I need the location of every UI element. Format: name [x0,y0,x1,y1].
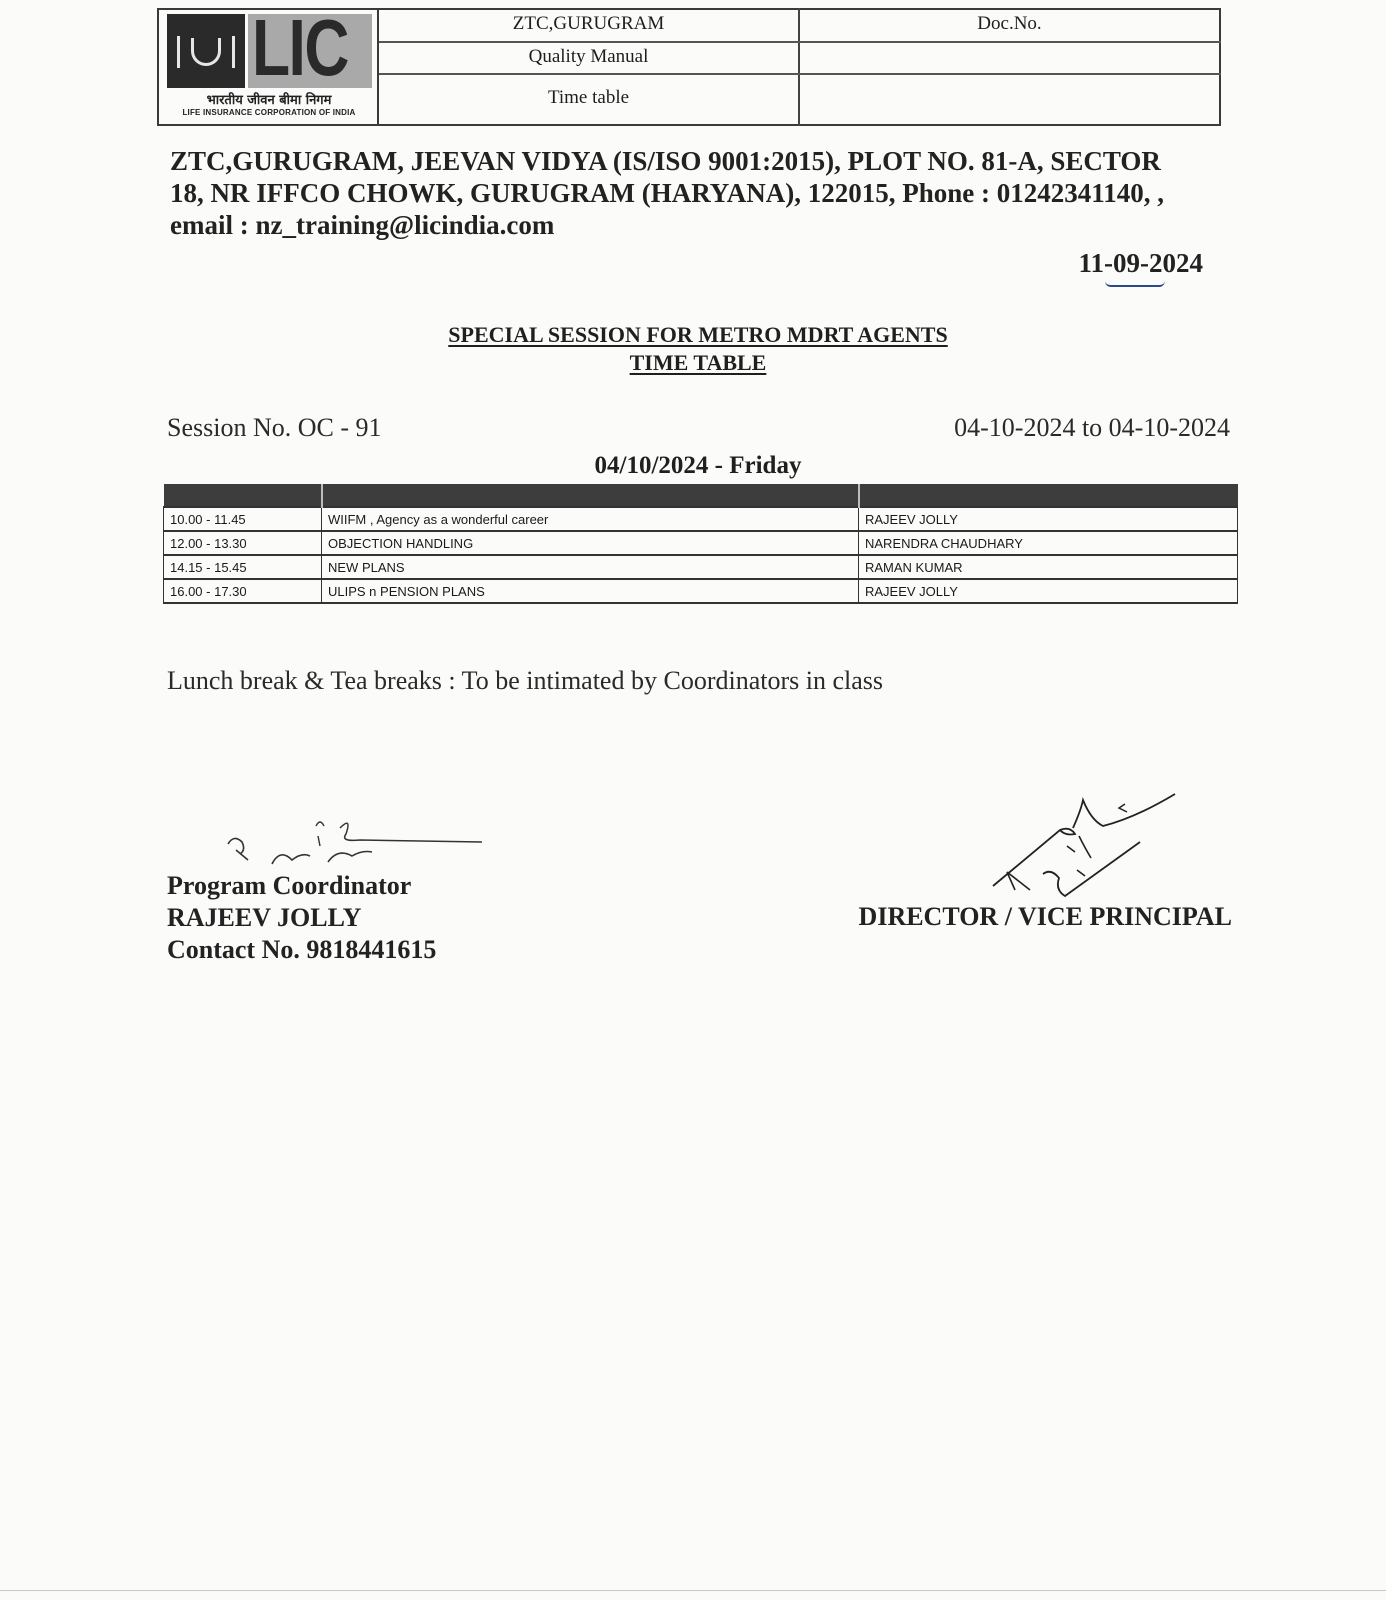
cell-topic: WIIFM , Agency as a wonderful career [322,507,859,531]
issue-date: 11-09-2024 [1000,248,1203,279]
cell-faculty: NARENDRA CHAUDHARY [859,531,1238,555]
column-header-faculty [859,484,1238,507]
cell-faculty: RAJEEV JOLLY [859,507,1238,531]
address-line-1: ZTC,GURUGRAM, JEEVAN VIDYA (IS/ISO 9001:… [170,145,1210,177]
document-title: SPECIAL SESSION FOR METRO MDRT AGENTS [300,322,1096,348]
cell-time: 14.15 - 15.45 [164,555,322,579]
cell-time: 10.00 - 11.45 [164,507,322,531]
column-header-time [164,484,322,507]
header-row-divider [379,73,1221,75]
emblem-lamp-icon [191,38,221,66]
table-row: 12.00 - 13.30 OBJECTION HANDLING NARENDR… [164,531,1238,555]
director-signature [985,790,1185,900]
cell-topic: OBJECTION HANDLING [322,531,859,555]
header-row-divider [379,41,1221,43]
day-heading: 04/10/2024 - Friday [300,452,1096,480]
header-doc-no-label: Doc.No. [800,13,1219,35]
document-subtitle: TIME TABLE [300,350,1096,376]
pen-underline-mark [1105,281,1165,287]
header-doc-type: Time table [381,87,796,109]
address-line-2: 18, NR IFFCO CHOWK, GURUGRAM (HARYANA), … [170,177,1210,209]
coordinator-name: RAJEEV JOLLY [167,902,436,934]
lic-logo-mark: LIC [252,6,346,90]
cell-time: 16.00 - 17.30 [164,579,322,603]
cell-topic: NEW PLANS [322,555,859,579]
table-row: 14.15 - 15.45 NEW PLANS RAMAN KUMAR [164,555,1238,579]
title-line-1: SPECIAL SESSION FOR METRO MDRT AGENTS [448,322,947,347]
title-line-2: TIME TABLE [630,350,767,375]
session-date-range: 04-10-2024 to 04-10-2024 [900,413,1230,443]
hands-lamp-emblem-icon [167,14,245,88]
director-role: DIRECTOR / VICE PRINCIPAL [828,902,1232,932]
cell-topic: ULIPS n PENSION PLANS [322,579,859,603]
timetable: 10.00 - 11.45 WIIFM , Agency as a wonder… [163,484,1238,604]
coordinator-block: Program Coordinator RAJEEV JOLLY Contact… [167,870,436,966]
coordinator-contact: Contact No. 9818441615 [167,934,436,966]
header-org-name: ZTC,GURUGRAM [381,13,796,35]
coordinator-signature [220,812,490,872]
header-quality-manual: Quality Manual [381,46,796,68]
scan-edge-line [0,1590,1386,1591]
session-number: Session No. OC - 91 [167,413,382,443]
timetable-header-row [164,484,1238,507]
address-block: ZTC,GURUGRAM, JEEVAN VIDYA (IS/ISO 9001:… [170,145,1210,241]
emblem-bar-left [177,36,180,68]
table-row: 10.00 - 11.45 WIIFM , Agency as a wonder… [164,507,1238,531]
cell-faculty: RAMAN KUMAR [859,555,1238,579]
table-row: 16.00 - 17.30 ULIPS n PENSION PLANS RAJE… [164,579,1238,603]
coordinator-role: Program Coordinator [167,870,436,902]
cell-time: 12.00 - 13.30 [164,531,322,555]
logo-english-name: LIFE INSURANCE CORPORATION OF INDIA [163,108,375,117]
column-header-topic [322,484,859,507]
address-email: email : nz_training@licindia.com [170,209,1210,241]
emblem-bar-right [232,36,235,68]
cell-faculty: RAJEEV JOLLY [859,579,1238,603]
break-note: Lunch break & Tea breaks : To be intimat… [167,666,883,696]
logo-hindi-name: भारतीय जीवन बीमा निगम [163,90,375,108]
